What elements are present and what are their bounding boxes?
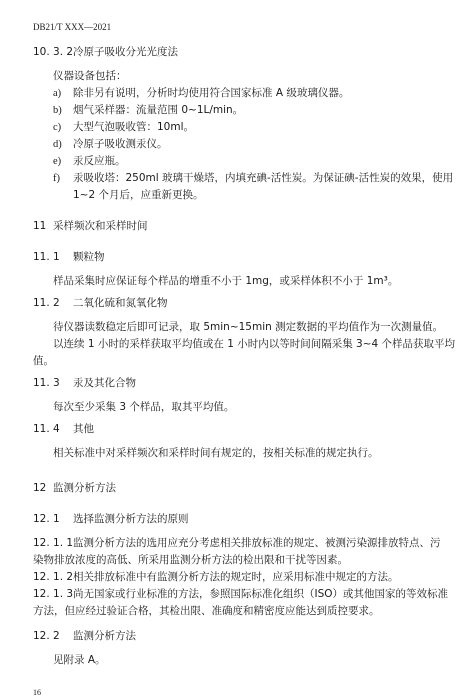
paragraph: 以连续 1 小时的采样获取平均值或在 1 小时内以等时间间隔采集 3~4 个样品… xyxy=(53,337,455,351)
section-11-heading: 11采样频次和采样时间 xyxy=(33,219,148,233)
section-12-heading: 12监测分析方法 xyxy=(33,481,116,495)
subsection-11-3-heading: 11. 3汞及其化合物 xyxy=(33,376,136,390)
clause-12-1-2: 12. 1. 2相关排放标准中有监测分析方法的规定时，应采用标准中规定的方法。 xyxy=(33,570,399,584)
document-code-header: DB21/T XXX—2021 xyxy=(33,20,111,34)
paragraph: 见附录 A。 xyxy=(53,653,106,667)
paragraph: 每次至少采集 3 个样品，取其平均值。 xyxy=(53,400,234,414)
section-number: 10. 3. 2 xyxy=(33,45,73,59)
subsection-11-2-heading: 11. 2二氧化硫和氮氧化物 xyxy=(33,296,168,310)
paragraph-continuation: 值。 xyxy=(33,354,54,368)
subsection-12-2-heading: 12. 2监测分析方法 xyxy=(33,629,136,643)
page-number: 16 xyxy=(33,686,41,698)
clause-12-1-1: 12. 1. 1监测分析方法的选用应充分考虑相关排放标准的规定、被测污染源排放特… xyxy=(33,536,441,550)
clause-12-1-3: 12. 1. 3尚无国家或行业标准的方法，参照国际标准化组织（ISO）或其他国家… xyxy=(33,587,448,601)
list-item: e)汞反应瓶。 xyxy=(53,154,126,169)
paragraph: 相关标准中对采样频次和采样时间有规定的，按相关标准的规定执行。 xyxy=(53,446,379,460)
list-item-continuation: 1~2 个月后，应重新更换。 xyxy=(73,188,204,202)
subsection-11-1-heading: 11. 1颗粒物 xyxy=(33,250,105,264)
section-title: 冷原子吸收分光光度法 xyxy=(73,46,178,58)
subsection-11-4-heading: 11. 4其他 xyxy=(33,422,94,436)
paragraph: 样品采集时应保证每个样品的增重不小于 1mg，或采样体积不小于 1m³。 xyxy=(53,274,398,288)
subsection-12-1-heading: 12. 1选择监测分析方法的原则 xyxy=(33,512,189,526)
list-item: d)冷原子吸收测汞仪。 xyxy=(53,137,168,152)
list-item: c)大型气泡吸收管：10ml。 xyxy=(53,120,194,135)
list-item: f)汞吸收塔：250ml 玻璃干燥塔，内填充碘-活性炭。为保证碘-活性炭的效果，… xyxy=(53,171,453,186)
paragraph: 待仪器读数稳定后即可记录，取 5min~15min 测定数据的平均值作为一次测量… xyxy=(53,320,443,334)
clause-continuation: 方法，但应经过验证合格，其检出限、准确度和精密度应能达到质控要求。 xyxy=(33,604,380,618)
intro-text: 仪器设备包括： xyxy=(53,69,127,83)
clause-continuation: 染物排放浓度的高低、所采用监测分析方法的检出限和干扰等因素。 xyxy=(33,553,348,567)
list-item: b)烟气采样器：流量范围 0~1L/min。 xyxy=(53,103,243,118)
section-10-3-2-heading: 10. 3. 2冷原子吸收分光光度法 xyxy=(33,45,178,59)
list-item: a)除非另有说明，分析时均使用符合国家标准 A 级玻璃仪器。 xyxy=(53,86,349,101)
